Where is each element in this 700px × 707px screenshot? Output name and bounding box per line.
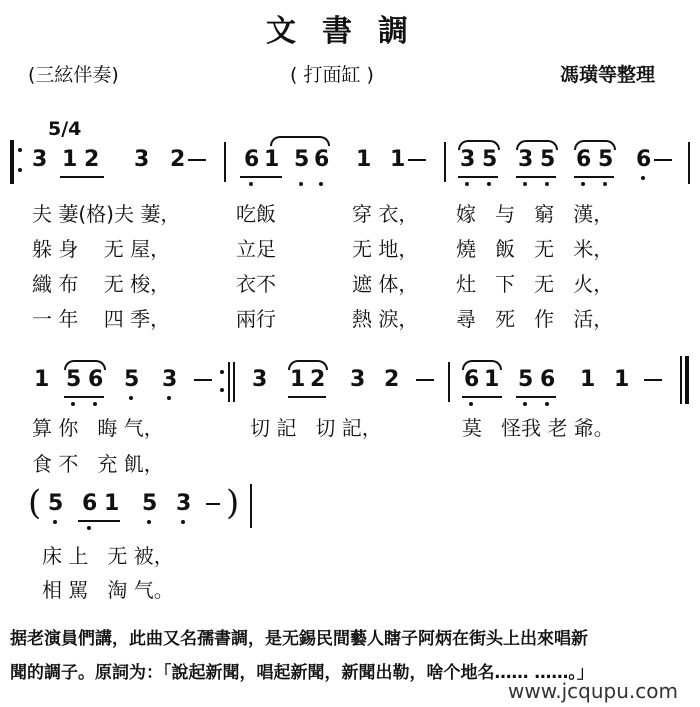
note: 1 (104, 492, 119, 516)
note: 2 (310, 368, 325, 392)
open-parenthesis: ( (28, 486, 41, 520)
notation-line-1: 3 1 2 3 2 6 1 5 6 1 1 3 5 3 5 6 5 6 (0, 140, 700, 180)
repeat-dot (18, 148, 22, 152)
page-title: 文書調 (0, 6, 700, 50)
note: 2 (384, 368, 399, 392)
note: 1 (290, 368, 305, 392)
note: 5 (294, 148, 309, 172)
lyric-line3-verse-2: 相 駡 淘 气。 (42, 574, 174, 603)
lyric-line2-verse-1a: 算 你 晦 气， (32, 412, 164, 441)
low-octave-dot (581, 182, 585, 186)
lyric-verse-2d: 燒 飯 无 米， (456, 233, 613, 262)
notation-line-2: 1 5 6 5 3 3 1 2 3 2 6 1 5 6 1 1 (0, 360, 700, 400)
lyric-verse-1a: 夫 萋(格)夫 萋， (32, 198, 180, 227)
note: 1 (34, 368, 49, 392)
barline (250, 484, 252, 528)
note: 2 (84, 148, 99, 172)
tune-name: ( 打面缸 ) (290, 60, 374, 87)
underline-beam (78, 520, 120, 522)
watermark: www.jcqupu.com (508, 679, 678, 703)
extension-dash (408, 159, 426, 161)
lyric-line2-verse-1b: 切 記 切 記， (250, 412, 382, 441)
note: 6 (636, 148, 651, 172)
low-octave-dot (465, 182, 469, 186)
extension-dash (206, 503, 220, 505)
note: 6 (540, 368, 555, 392)
final-barline (685, 356, 689, 404)
low-octave-dot (181, 520, 185, 524)
extension-dash (194, 379, 212, 381)
note: 3 (162, 368, 177, 392)
note: 3 (176, 492, 191, 516)
lyric-verse-3a: 織 布 无 梭， (32, 268, 170, 297)
note: 5 (482, 148, 497, 172)
slur (458, 140, 500, 150)
arranger-credit: 馮璜等整理 (560, 60, 655, 87)
note: 5 (48, 492, 63, 516)
low-octave-dot (545, 182, 549, 186)
lyric-verse-2c: 无 地， (352, 233, 418, 262)
low-octave-dot (487, 182, 491, 186)
underline-beam (240, 176, 282, 178)
slur (288, 360, 328, 370)
underline-beam (458, 176, 498, 178)
underline-beam (516, 396, 556, 398)
repeat-dot (18, 168, 22, 172)
accompaniment-label: (三絃伴奏) (28, 60, 119, 87)
low-octave-dot (523, 402, 527, 406)
footnote-line-1: 据老演員們講，此曲又名孺書調，是无錫民間藝人瞎子阿炳在街头上出來唱新 (10, 624, 588, 649)
lyric-verse-4d: 尋 死 作 活， (456, 303, 613, 332)
lyric-verse-3d: 灶 下 无 火， (456, 268, 613, 297)
lyric-verse-4c: 熱 淚， (352, 303, 418, 332)
extension-dash (644, 379, 662, 381)
lyric-verse-1b: 吃飯 (236, 198, 276, 227)
note: 5 (124, 368, 139, 392)
underline-beam (288, 396, 326, 398)
note: 3 (518, 148, 533, 172)
final-barline (680, 356, 682, 404)
note: 5 (142, 492, 157, 516)
lyric-line3-verse-1: 床 上 无 被， (42, 540, 174, 569)
repeat-end-barline (233, 362, 235, 402)
note: 6 (314, 148, 329, 172)
low-octave-dot (167, 396, 171, 400)
slur (516, 140, 558, 150)
lyric-verse-2b: 立足 (236, 233, 276, 262)
low-octave-dot (523, 182, 527, 186)
low-octave-dot (641, 176, 645, 180)
note: 1 (484, 368, 499, 392)
note: 1 (580, 368, 595, 392)
underline-beam (516, 176, 556, 178)
repeat-end-barline (228, 362, 230, 402)
lyric-verse-1d: 嫁 与 窮 漢， (456, 198, 613, 227)
note: 3 (350, 368, 365, 392)
lyric-line2-verse-1c: 莫 怪我 老 爺。 (462, 412, 614, 441)
repeat-dot (220, 370, 224, 374)
note: 6 (464, 368, 479, 392)
underline-beam (574, 176, 614, 178)
note: 3 (134, 148, 149, 172)
low-octave-dot (603, 182, 607, 186)
extension-dash (416, 379, 434, 381)
note: 3 (460, 148, 475, 172)
low-octave-dot (147, 520, 151, 524)
barline (444, 142, 446, 182)
slur (462, 360, 502, 370)
lyric-line2-verse-2a: 食 不 充 飢， (32, 448, 164, 477)
note: 5 (598, 148, 613, 172)
note: 1 (62, 148, 77, 172)
footnote-line-2: 聞的調子。原詞为：「說起新聞，唱起新聞，新聞出勒，啥个地名…… ……。」 (10, 658, 594, 683)
notation-line-3: ( 5 6 1 5 3 ) (0, 484, 700, 524)
low-octave-dot (87, 526, 91, 530)
lyric-verse-1c: 穿 衣， (352, 198, 418, 227)
lyric-verse-3b: 衣不 (236, 268, 276, 297)
slur (574, 140, 616, 150)
low-octave-dot (545, 402, 549, 406)
low-octave-dot (129, 396, 133, 400)
repeat-dot (220, 388, 224, 392)
note: 6 (576, 148, 591, 172)
low-octave-dot (71, 402, 75, 406)
extension-dash (188, 159, 206, 161)
barline (448, 362, 450, 402)
note: 3 (252, 368, 267, 392)
underline-beam (64, 396, 104, 398)
note: 5 (540, 148, 555, 172)
lyric-verse-4b: 兩行 (236, 303, 276, 332)
underline-beam (462, 396, 502, 398)
low-octave-dot (93, 402, 97, 406)
low-octave-dot (249, 182, 253, 186)
note: 1 (614, 368, 629, 392)
low-octave-dot (299, 182, 303, 186)
note: 3 (32, 148, 47, 172)
barline (224, 142, 226, 182)
note: 6 (244, 148, 259, 172)
note: 1 (390, 148, 405, 172)
extension-dash (654, 159, 672, 161)
slur (64, 360, 106, 370)
time-signature: 5/4 (48, 118, 81, 140)
close-parenthesis: ) (226, 486, 239, 520)
note: 1 (264, 148, 279, 172)
note: 6 (88, 368, 103, 392)
repeat-start-barline (10, 140, 14, 184)
slur (270, 136, 330, 146)
note: 5 (66, 368, 81, 392)
note: 1 (356, 148, 371, 172)
lyric-verse-2a: 躲 身 无 屋， (32, 233, 170, 262)
barline (688, 142, 690, 184)
note: 6 (82, 492, 97, 516)
note: 5 (518, 368, 533, 392)
note: 2 (170, 148, 185, 172)
lyric-verse-4a: 一 年 四 季， (32, 303, 170, 332)
low-octave-dot (319, 182, 323, 186)
lyric-verse-3c: 遮 体， (352, 268, 418, 297)
low-octave-dot (53, 520, 57, 524)
underline-beam (60, 176, 104, 178)
low-octave-dot (469, 402, 473, 406)
